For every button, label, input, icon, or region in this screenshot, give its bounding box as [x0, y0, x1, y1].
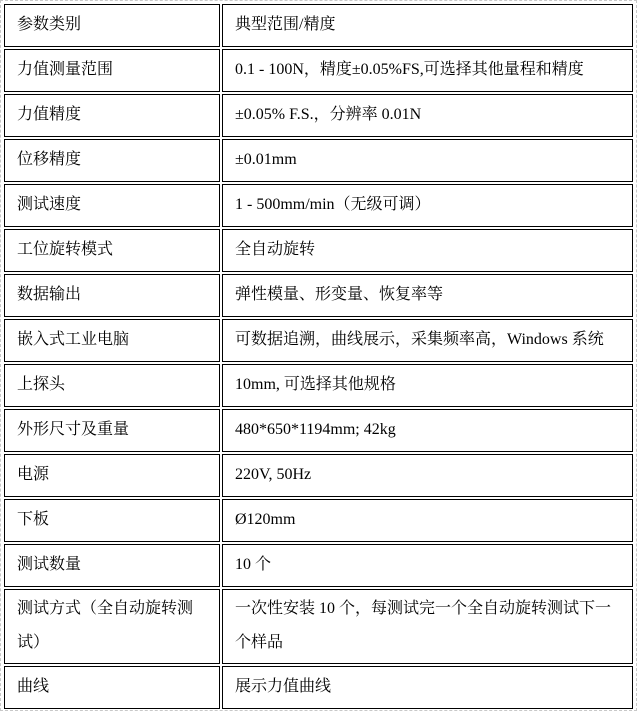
table-row: 测试数量10 个	[4, 544, 633, 587]
table-row: 下板Ø120mm	[4, 499, 633, 542]
table-row: 位移精度±0.01mm	[4, 139, 633, 182]
param-name-cell: 测试数量	[4, 544, 220, 587]
param-name-cell: 力值精度	[4, 94, 220, 137]
param-name-cell: 测试方式（全自动旋转测试）	[4, 589, 220, 664]
param-value-cell: 全自动旋转	[222, 229, 633, 272]
table-row: 嵌入式工业电脑可数据追溯，曲线展示，采集频率高，Windows 系统	[4, 319, 633, 362]
param-value-cell: 弹性模量、形变量、恢复率等	[222, 274, 633, 317]
param-name-cell: 嵌入式工业电脑	[4, 319, 220, 362]
param-value-cell: 1 - 500mm/min（无级可调）	[222, 184, 633, 227]
param-value-cell: 10 个	[222, 544, 633, 587]
param-name-cell: 下板	[4, 499, 220, 542]
param-value-cell: 展示力值曲线	[222, 666, 633, 709]
table-row: 力值精度±0.05% F.S.，分辨率 0.01N	[4, 94, 633, 137]
header-cell-param-category: 参数类别	[4, 4, 220, 47]
table-row: 外形尺寸及重量480*650*1194mm; 42kg	[4, 409, 633, 452]
spec-document-page: 参数类别 典型范围/精度 力值测量范围0.1 - 100N，精度±0.05%FS…	[0, 0, 637, 711]
table-row: 力值测量范围0.1 - 100N，精度±0.05%FS,可选择其他量程和精度	[4, 49, 633, 92]
param-value-cell: 480*650*1194mm; 42kg	[222, 409, 633, 452]
table-row: 数据输出弹性模量、形变量、恢复率等	[4, 274, 633, 317]
table-row: 测试速度1 - 500mm/min（无级可调）	[4, 184, 633, 227]
table-row: 测试方式（全自动旋转测试）一次性安装 10 个，每测试完一个全自动旋转测试下一个…	[4, 589, 633, 664]
table-row: 曲线展示力值曲线	[4, 666, 633, 709]
param-name-cell: 位移精度	[4, 139, 220, 182]
param-value-cell: 一次性安装 10 个，每测试完一个全自动旋转测试下一个样品	[222, 589, 633, 664]
param-name-cell: 电源	[4, 454, 220, 497]
table-row: 上探头10mm, 可选择其他规格	[4, 364, 633, 407]
param-value-cell: 10mm, 可选择其他规格	[222, 364, 633, 407]
param-name-cell: 工位旋转模式	[4, 229, 220, 272]
spec-table: 参数类别 典型范围/精度 力值测量范围0.1 - 100N，精度±0.05%FS…	[2, 2, 635, 711]
param-name-cell: 上探头	[4, 364, 220, 407]
param-value-cell: Ø120mm	[222, 499, 633, 542]
param-name-cell: 外形尺寸及重量	[4, 409, 220, 452]
table-row: 电源220V, 50Hz	[4, 454, 633, 497]
header-cell-typical-range: 典型范围/精度	[222, 4, 633, 47]
table-row: 工位旋转模式全自动旋转	[4, 229, 633, 272]
param-value-cell: 220V, 50Hz	[222, 454, 633, 497]
param-name-cell: 力值测量范围	[4, 49, 220, 92]
param-value-cell: 可数据追溯，曲线展示，采集频率高，Windows 系统	[222, 319, 633, 362]
param-value-cell: ±0.05% F.S.，分辨率 0.01N	[222, 94, 633, 137]
param-name-cell: 数据输出	[4, 274, 220, 317]
param-value-cell: 0.1 - 100N，精度±0.05%FS,可选择其他量程和精度	[222, 49, 633, 92]
header-row: 参数类别 典型范围/精度	[4, 4, 633, 47]
param-name-cell: 曲线	[4, 666, 220, 709]
spec-table-body: 参数类别 典型范围/精度 力值测量范围0.1 - 100N，精度±0.05%FS…	[4, 4, 633, 709]
param-value-cell: ±0.01mm	[222, 139, 633, 182]
param-name-cell: 测试速度	[4, 184, 220, 227]
